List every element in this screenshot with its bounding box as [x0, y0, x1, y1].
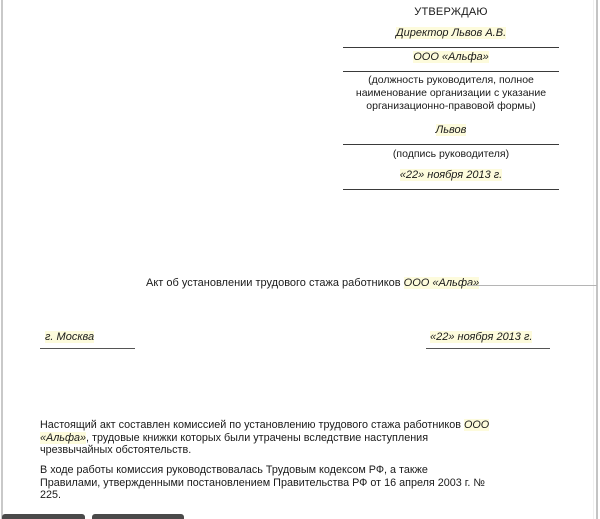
approval-signature[interactable]: Львов: [436, 124, 467, 136]
page-right-border-inner: [593, 0, 594, 519]
date-field: «22» ноября 2013 г.: [426, 330, 550, 349]
approval-note-line: наименование организации с указание: [343, 87, 559, 100]
approval-position-field: Директор Львов А.В.: [343, 26, 559, 48]
approval-organization-field: ООО «Альфа»: [343, 50, 559, 72]
act-title: Акт об установлении трудового стажа рабо…: [146, 277, 479, 289]
date-value[interactable]: «22» ноября 2013 г.: [430, 331, 532, 343]
approval-note-line: (должность руководителя, полное: [343, 74, 559, 87]
page-right-border: [596, 0, 598, 519]
approval-organization[interactable]: ООО «Альфа»: [413, 51, 489, 63]
act-title-organization[interactable]: ООО «Альфа»: [404, 277, 480, 289]
page-left-border: [1, 0, 3, 519]
approval-signature-note: (подпись руководителя): [343, 148, 559, 161]
body-paragraph-1: Настоящий акт составлен комиссией по уст…: [40, 419, 490, 457]
body-paragraph-2: В ходе работы комиссия руководствовалась…: [40, 464, 490, 502]
title-rule: [467, 285, 597, 286]
approval-date[interactable]: «22» ноября 2013 г.: [400, 169, 502, 181]
para1-text: Настоящий акт составлен комиссией по уст…: [40, 419, 464, 431]
approval-signature-field: Львов: [343, 123, 559, 145]
approval-heading: УТВЕРЖДАЮ: [343, 6, 559, 18]
approval-position[interactable]: Директор Львов А.В.: [396, 27, 506, 39]
approval-position-note: (должность руководителя, полное наименов…: [343, 74, 559, 113]
place-value[interactable]: г. Москва: [45, 331, 94, 343]
act-title-text: Акт об установлении трудового стажа рабо…: [146, 277, 404, 289]
place-field: г. Москва: [40, 330, 135, 349]
para1-text-after: , трудовые книжки которых были утрачены …: [40, 432, 428, 457]
approval-note-line: организационно-правовой формы): [343, 100, 559, 113]
approval-date-field: «22» ноября 2013 г.: [343, 168, 559, 190]
bottom-button-1[interactable]: [2, 514, 85, 519]
bottom-button-2[interactable]: [92, 514, 184, 519]
